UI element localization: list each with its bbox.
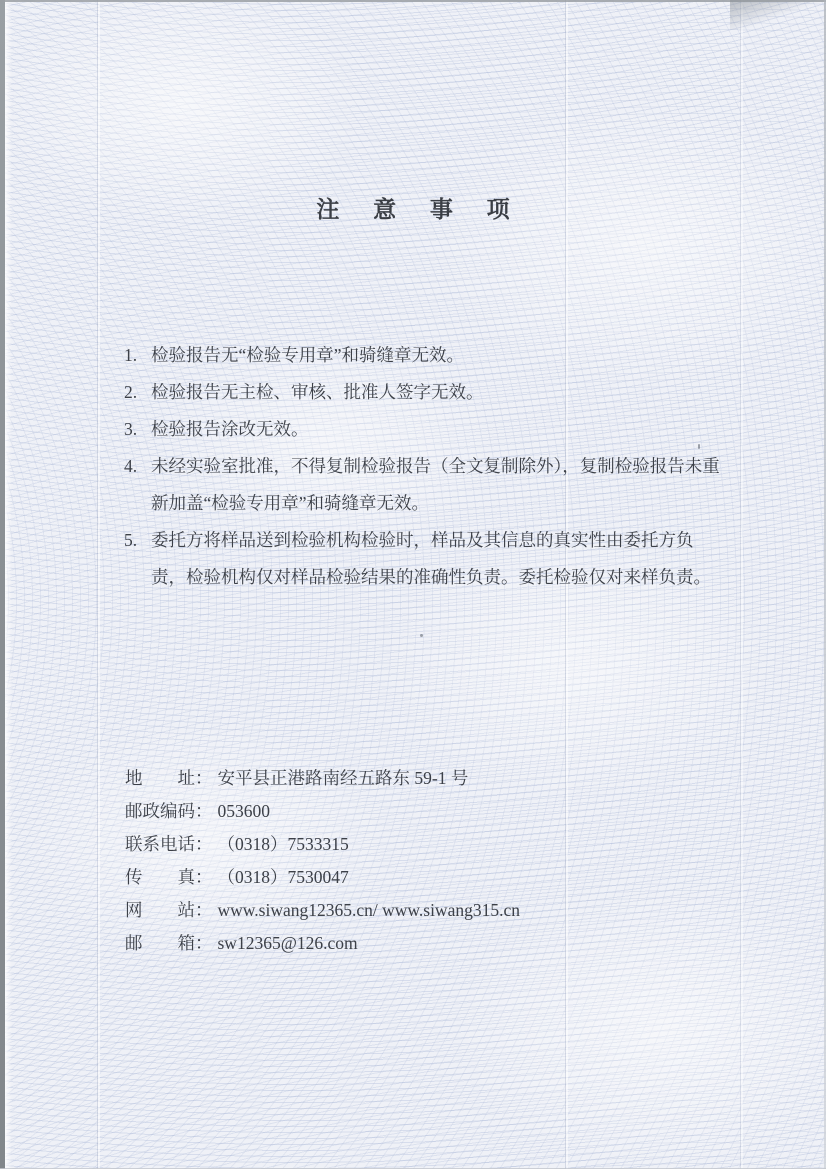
contact-value: （0318）7533315	[218, 828, 349, 861]
scanned-notice-page: { "page": { "title": "注 意 事 项", "notes":…	[0, 0, 826, 1169]
note-number: 3.	[124, 411, 151, 448]
page-title: 注 意 事 项	[0, 191, 826, 224]
contact-value: 安平县正港路南经五路东 59-1 号	[218, 762, 469, 795]
contact-label: 联系电话：	[125, 828, 213, 861]
contact-label: 网 站：	[125, 894, 213, 927]
contact-row-email: 邮 箱： sw12365@126.com	[125, 927, 685, 960]
note-item: 4. 未经实验室批准，不得复制检验报告（全文复制除外），复制检验报告未重新加盖“…	[124, 448, 720, 522]
contact-label: 地 址：	[125, 762, 213, 795]
contact-label: 传 真：	[125, 861, 213, 894]
paper-crease-left	[97, 0, 98, 1169]
note-number: 4.	[124, 448, 151, 522]
contact-label: 邮 箱：	[125, 927, 213, 960]
page-corner-shadow	[730, 0, 826, 30]
contact-value: www.siwang12365.cn/ www.siwang315.cn	[218, 894, 520, 927]
contact-row-phone: 联系电话： （0318）7533315	[125, 828, 685, 861]
note-item: 5. 委托方将样品送到检验机构检验时，样品及其信息的真实性由委托方负责，检验机构…	[124, 522, 720, 596]
contact-row-website: 网 站： www.siwang12365.cn/ www.siwang315.c…	[125, 894, 685, 927]
notes-list: 1. 检验报告无“检验专用章”和骑缝章无效。 2. 检验报告无主检、审核、批准人…	[124, 337, 720, 596]
note-item: 1. 检验报告无“检验专用章”和骑缝章无效。	[124, 337, 720, 374]
contact-value: （0318）7530047	[218, 861, 349, 894]
note-number: 5.	[124, 522, 151, 596]
note-item: 2. 检验报告无主检、审核、批准人签字无效。	[124, 374, 720, 411]
note-text: 未经实验室批准，不得复制检验报告（全文复制除外），复制检验报告未重新加盖“检验专…	[151, 448, 720, 522]
contact-row-postcode: 邮政编码： 053600	[125, 795, 685, 828]
paper-crease-right	[740, 0, 741, 1169]
note-text: 委托方将样品送到检验机构检验时，样品及其信息的真实性由委托方负责，检验机构仅对样…	[151, 522, 720, 596]
scan-edge-top	[0, 0, 826, 2]
contact-block: 地 址： 安平县正港路南经五路东 59-1 号 邮政编码： 053600 联系电…	[125, 762, 685, 960]
note-text: 检验报告无“检验专用章”和骑缝章无效。	[151, 337, 720, 374]
note-text: 检验报告涂改无效。	[151, 411, 720, 448]
note-number: 2.	[124, 374, 151, 411]
scan-speck	[420, 634, 423, 637]
contact-value: sw12365@126.com	[218, 927, 358, 960]
note-number: 1.	[124, 337, 151, 374]
note-item: 3. 检验报告涂改无效。	[124, 411, 720, 448]
contact-label: 邮政编码：	[125, 795, 213, 828]
contact-value: 053600	[218, 795, 271, 828]
scan-edge-left-highlight	[5, 0, 12, 1169]
contact-row-fax: 传 真： （0318）7530047	[125, 861, 685, 894]
note-text: 检验报告无主检、审核、批准人签字无效。	[151, 374, 720, 411]
contact-row-address: 地 址： 安平县正港路南经五路东 59-1 号	[125, 762, 685, 795]
